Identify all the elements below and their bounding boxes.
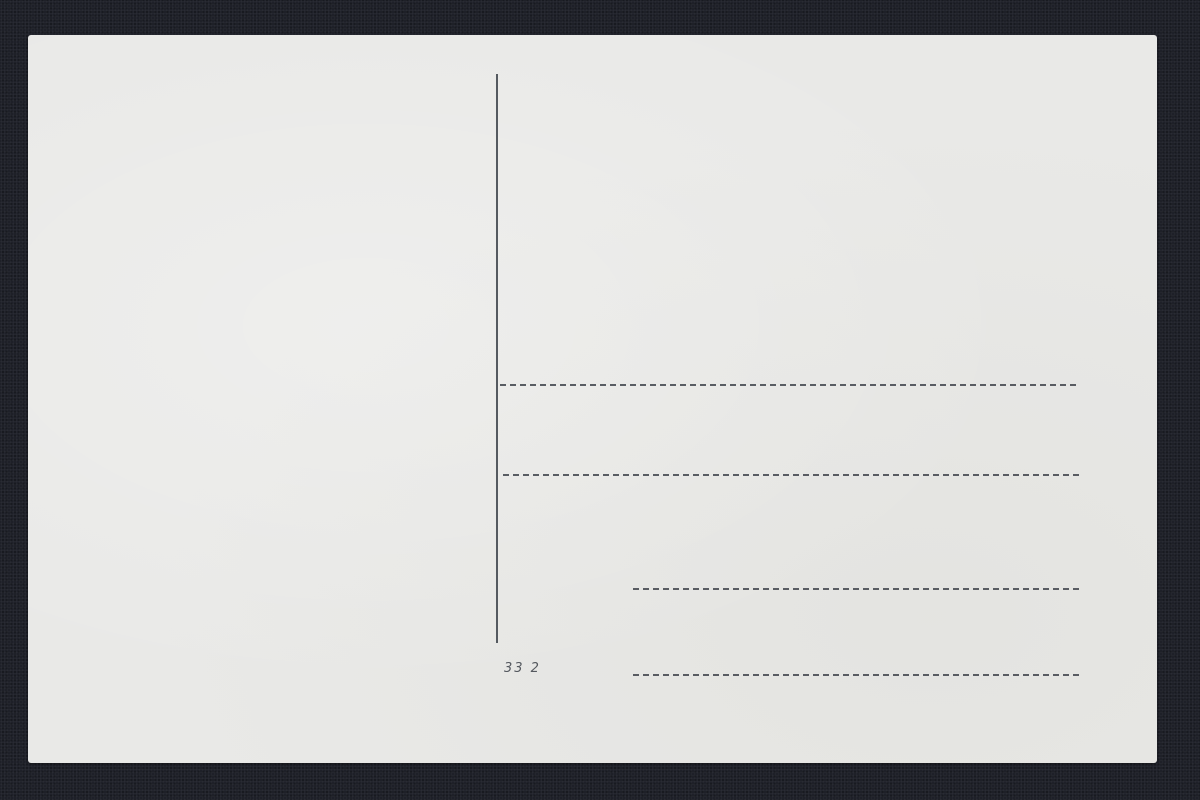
printed-code: 33 2: [504, 661, 541, 676]
address-line-4: [633, 674, 1079, 676]
address-line-1: [500, 384, 1076, 386]
postcard-back: 33 2: [28, 35, 1157, 763]
address-line-3: [633, 588, 1079, 590]
center-divider-line: [496, 74, 498, 643]
address-line-2: [503, 474, 1079, 476]
